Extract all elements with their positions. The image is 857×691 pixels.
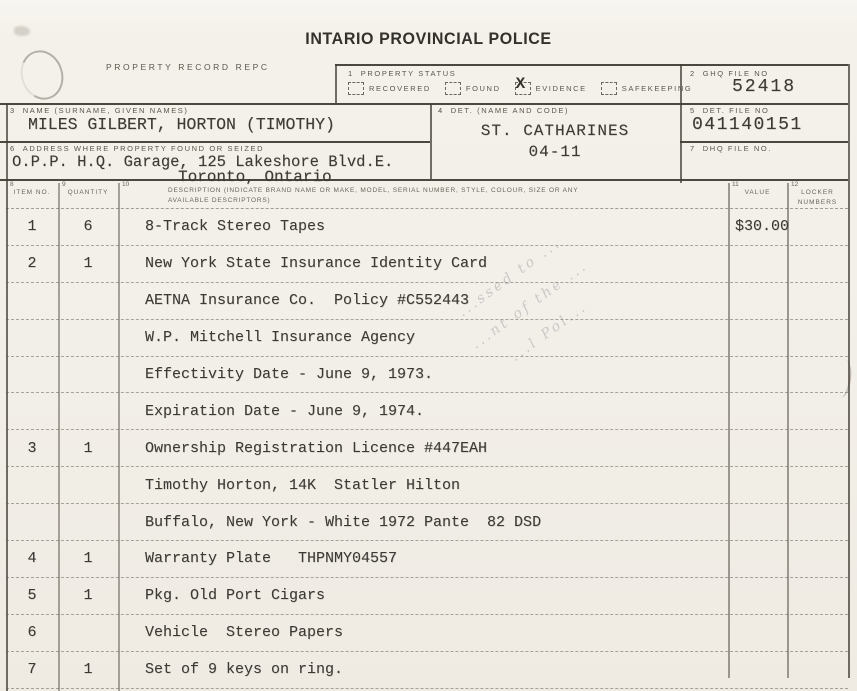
table-row: 2 1 New York State Insurance Identity Ca… — [6, 246, 848, 283]
form-name: PROPERTY RECORD REPC — [106, 62, 270, 72]
form-line — [0, 103, 848, 105]
item-no-cell: 2 — [6, 255, 58, 272]
description-cell: Effectivity Date - June 9, 1973. — [118, 366, 728, 383]
description-cell: New York State Insurance Identity Card — [118, 255, 728, 272]
checkbox-recovered: RECOVERED — [348, 82, 431, 95]
table-row: AETNA Insurance Co. Policy #C552443 — [6, 283, 848, 320]
item-no-cell: 5 — [6, 587, 58, 604]
table-header: 8 ITEM NO. 9 QUANTITY 10 DESCRIPTION (IN… — [6, 179, 848, 209]
table-row: 7 1 Set of 9 keys on ring. — [6, 652, 848, 689]
field-number: 1 — [348, 69, 354, 78]
det-file-label: 5DET. FILE NO — [690, 106, 770, 115]
description-cell: Vehicle Stereo Papers — [118, 624, 728, 641]
checkbox-label: EVIDENCE — [536, 84, 587, 93]
dhq-file-label: 7DHQ FILE NO. — [690, 144, 772, 153]
checkbox-safekeeping: SAFEKEEPING — [601, 82, 693, 95]
form-line — [848, 64, 850, 678]
property-status-options: RECOVERED FOUND X EVIDENCE SAFEKEEPING — [348, 82, 706, 95]
description-cell: 8-Track Stereo Tapes — [118, 218, 728, 235]
table-row: Effectivity Date - June 9, 1973. — [6, 357, 848, 394]
det-name-value: ST. CATHARINES — [430, 122, 680, 140]
checkbox-label: RECOVERED — [369, 84, 431, 93]
item-no-cell: 6 — [6, 624, 58, 641]
ghq-file-value: 52418 — [680, 77, 848, 97]
item-no-cell: 3 — [6, 440, 58, 457]
name-label: 3NAME (SURNAME, GIVEN NAMES) — [10, 106, 189, 115]
description-cell: Timothy Horton, 14K Statler Hilton — [118, 477, 728, 494]
description-cell: Ownership Registration Licence #447EAH — [118, 440, 728, 457]
table-row: Buffalo, New York - White 1972 Pante 82 … — [6, 504, 848, 541]
quantity-cell: 1 — [58, 550, 118, 567]
description-cell: Buffalo, New York - White 1972 Pante 82 … — [118, 514, 728, 531]
column-header-locker-numbers: 12 LOCKER NUMBERS — [787, 179, 848, 209]
checkbox-mark: X — [516, 75, 526, 93]
table-body: 1 6 8-Track Stereo Tapes $30.00 2 1 New … — [6, 209, 848, 689]
table-row: Expiration Date - June 9, 1974. — [6, 393, 848, 430]
checkbox-icon — [601, 82, 617, 95]
form-line — [680, 141, 848, 143]
description-cell: Warranty Plate THPNMY04557 — [118, 550, 728, 567]
document-title: INTARIO PROVINCIAL POLICE — [0, 31, 857, 50]
checkbox-found: FOUND — [445, 82, 501, 95]
address-value-line2: Toronto, Ontario — [178, 168, 332, 186]
table-row: Timothy Horton, 14K Statler Hilton — [6, 467, 848, 504]
value-cell: $30.00 — [728, 218, 787, 235]
item-no-cell: 1 — [6, 218, 58, 235]
property-status-label: 1PROPERTY STATUS — [348, 69, 456, 78]
quantity-cell: 1 — [58, 587, 118, 604]
column-header-quantity: 9 QUANTITY — [58, 179, 118, 209]
table-row: 3 1 Ownership Registration Licence #447E… — [6, 430, 848, 467]
quantity-cell: 1 — [58, 661, 118, 678]
table-row: W.P. Mitchell Insurance Agency — [6, 320, 848, 357]
table-row: 1 6 8-Track Stereo Tapes $30.00 — [6, 209, 848, 246]
quantity-cell: 6 — [58, 218, 118, 235]
address-label: 6ADDRESS WHERE PROPERTY FOUND OR SEIZED — [10, 144, 264, 153]
checkbox-evidence: X EVIDENCE — [515, 82, 587, 95]
column-header-value: 11 VALUE — [728, 179, 787, 209]
checkbox-icon — [445, 82, 461, 95]
name-value: MILES GILBERT, HORTON (TIMOTHY) — [28, 115, 335, 134]
item-no-cell: 7 — [6, 661, 58, 678]
description-cell: W.P. Mitchell Insurance Agency — [118, 329, 728, 346]
checkbox-label: FOUND — [466, 84, 501, 93]
table-row: 5 1 Pkg. Old Port Cigars — [6, 578, 848, 615]
det-file-value: 041140151 — [692, 115, 803, 135]
quantity-cell: 1 — [58, 255, 118, 272]
checkbox-icon — [348, 82, 364, 95]
column-header-item-no: 8 ITEM NO. — [6, 179, 58, 209]
form-line — [430, 103, 432, 179]
partial-circular-stamp-icon — [14, 45, 69, 106]
det-label: 4DET. (NAME AND CODE) — [438, 106, 569, 115]
scanned-property-record-document: INTARIO PROVINCIAL POLICE PROPERTY RECOR… — [0, 0, 857, 691]
table-row: 6 Vehicle Stereo Papers — [6, 615, 848, 652]
description-cell: Expiration Date - June 9, 1974. — [118, 403, 728, 420]
item-no-cell: 4 — [6, 550, 58, 567]
description-cell: Set of 9 keys on ring. — [118, 661, 728, 678]
form-line — [335, 64, 848, 66]
quantity-cell: 1 — [58, 440, 118, 457]
form-line — [0, 141, 430, 143]
det-code-value: 04-11 — [430, 143, 680, 161]
description-cell: AETNA Insurance Co. Policy #C552443 — [118, 292, 728, 309]
table-row: 4 1 Warranty Plate THPNMY04557 — [6, 541, 848, 578]
form-line — [335, 64, 337, 103]
description-cell: Pkg. Old Port Cigars — [118, 587, 728, 604]
